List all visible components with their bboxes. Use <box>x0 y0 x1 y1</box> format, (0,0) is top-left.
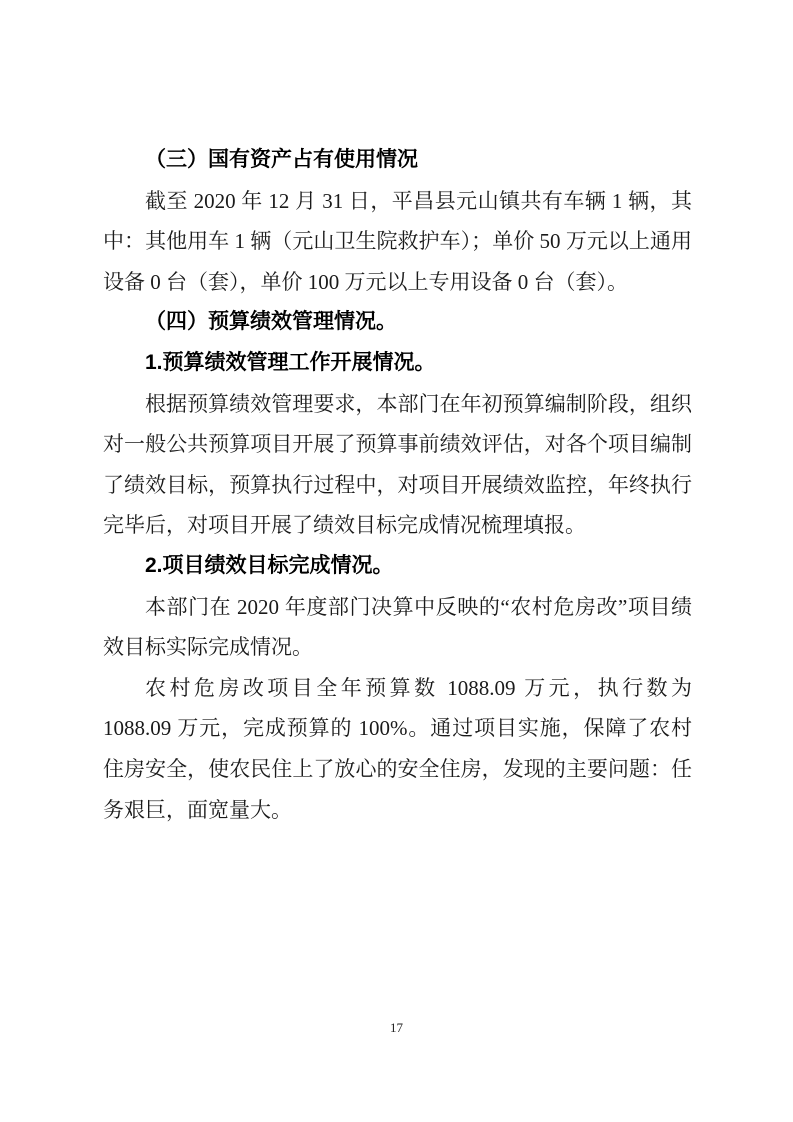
section-heading-state-assets: （三）国有资产占有使用情况 <box>103 140 692 181</box>
paragraph-project-goals-intro: 本部门在 2020 年度部门决算中反映的“农村危房改”项目绩效目标实际完成情况。 <box>103 587 692 668</box>
document-body: （三）国有资产占有使用情况 截至 2020 年 12 月 31 日，平昌县元山镇… <box>103 140 692 830</box>
paragraph-state-assets: 截至 2020 年 12 月 31 日，平昌县元山镇共有车辆 1 辆，其中：其他… <box>103 181 692 303</box>
page-number: 17 <box>0 1020 793 1036</box>
document-page: （三）国有资产占有使用情况 截至 2020 年 12 月 31 日，平昌县元山镇… <box>0 0 793 1122</box>
subsection-heading-performance-management: 1.预算绩效管理工作开展情况。 <box>103 343 692 384</box>
section-heading-budget-performance: （四）预算绩效管理情况。 <box>103 302 692 343</box>
paragraph-performance-management: 根据预算绩效管理要求，本部门在年初预算编制阶段，组织对一般公共预算项目开展了预算… <box>103 384 692 546</box>
paragraph-project-goals-detail: 农村危房改项目全年预算数 1088.09 万元，执行数为 1088.09 万元，… <box>103 668 692 830</box>
subsection-heading-project-goals: 2.项目绩效目标完成情况。 <box>103 546 692 587</box>
